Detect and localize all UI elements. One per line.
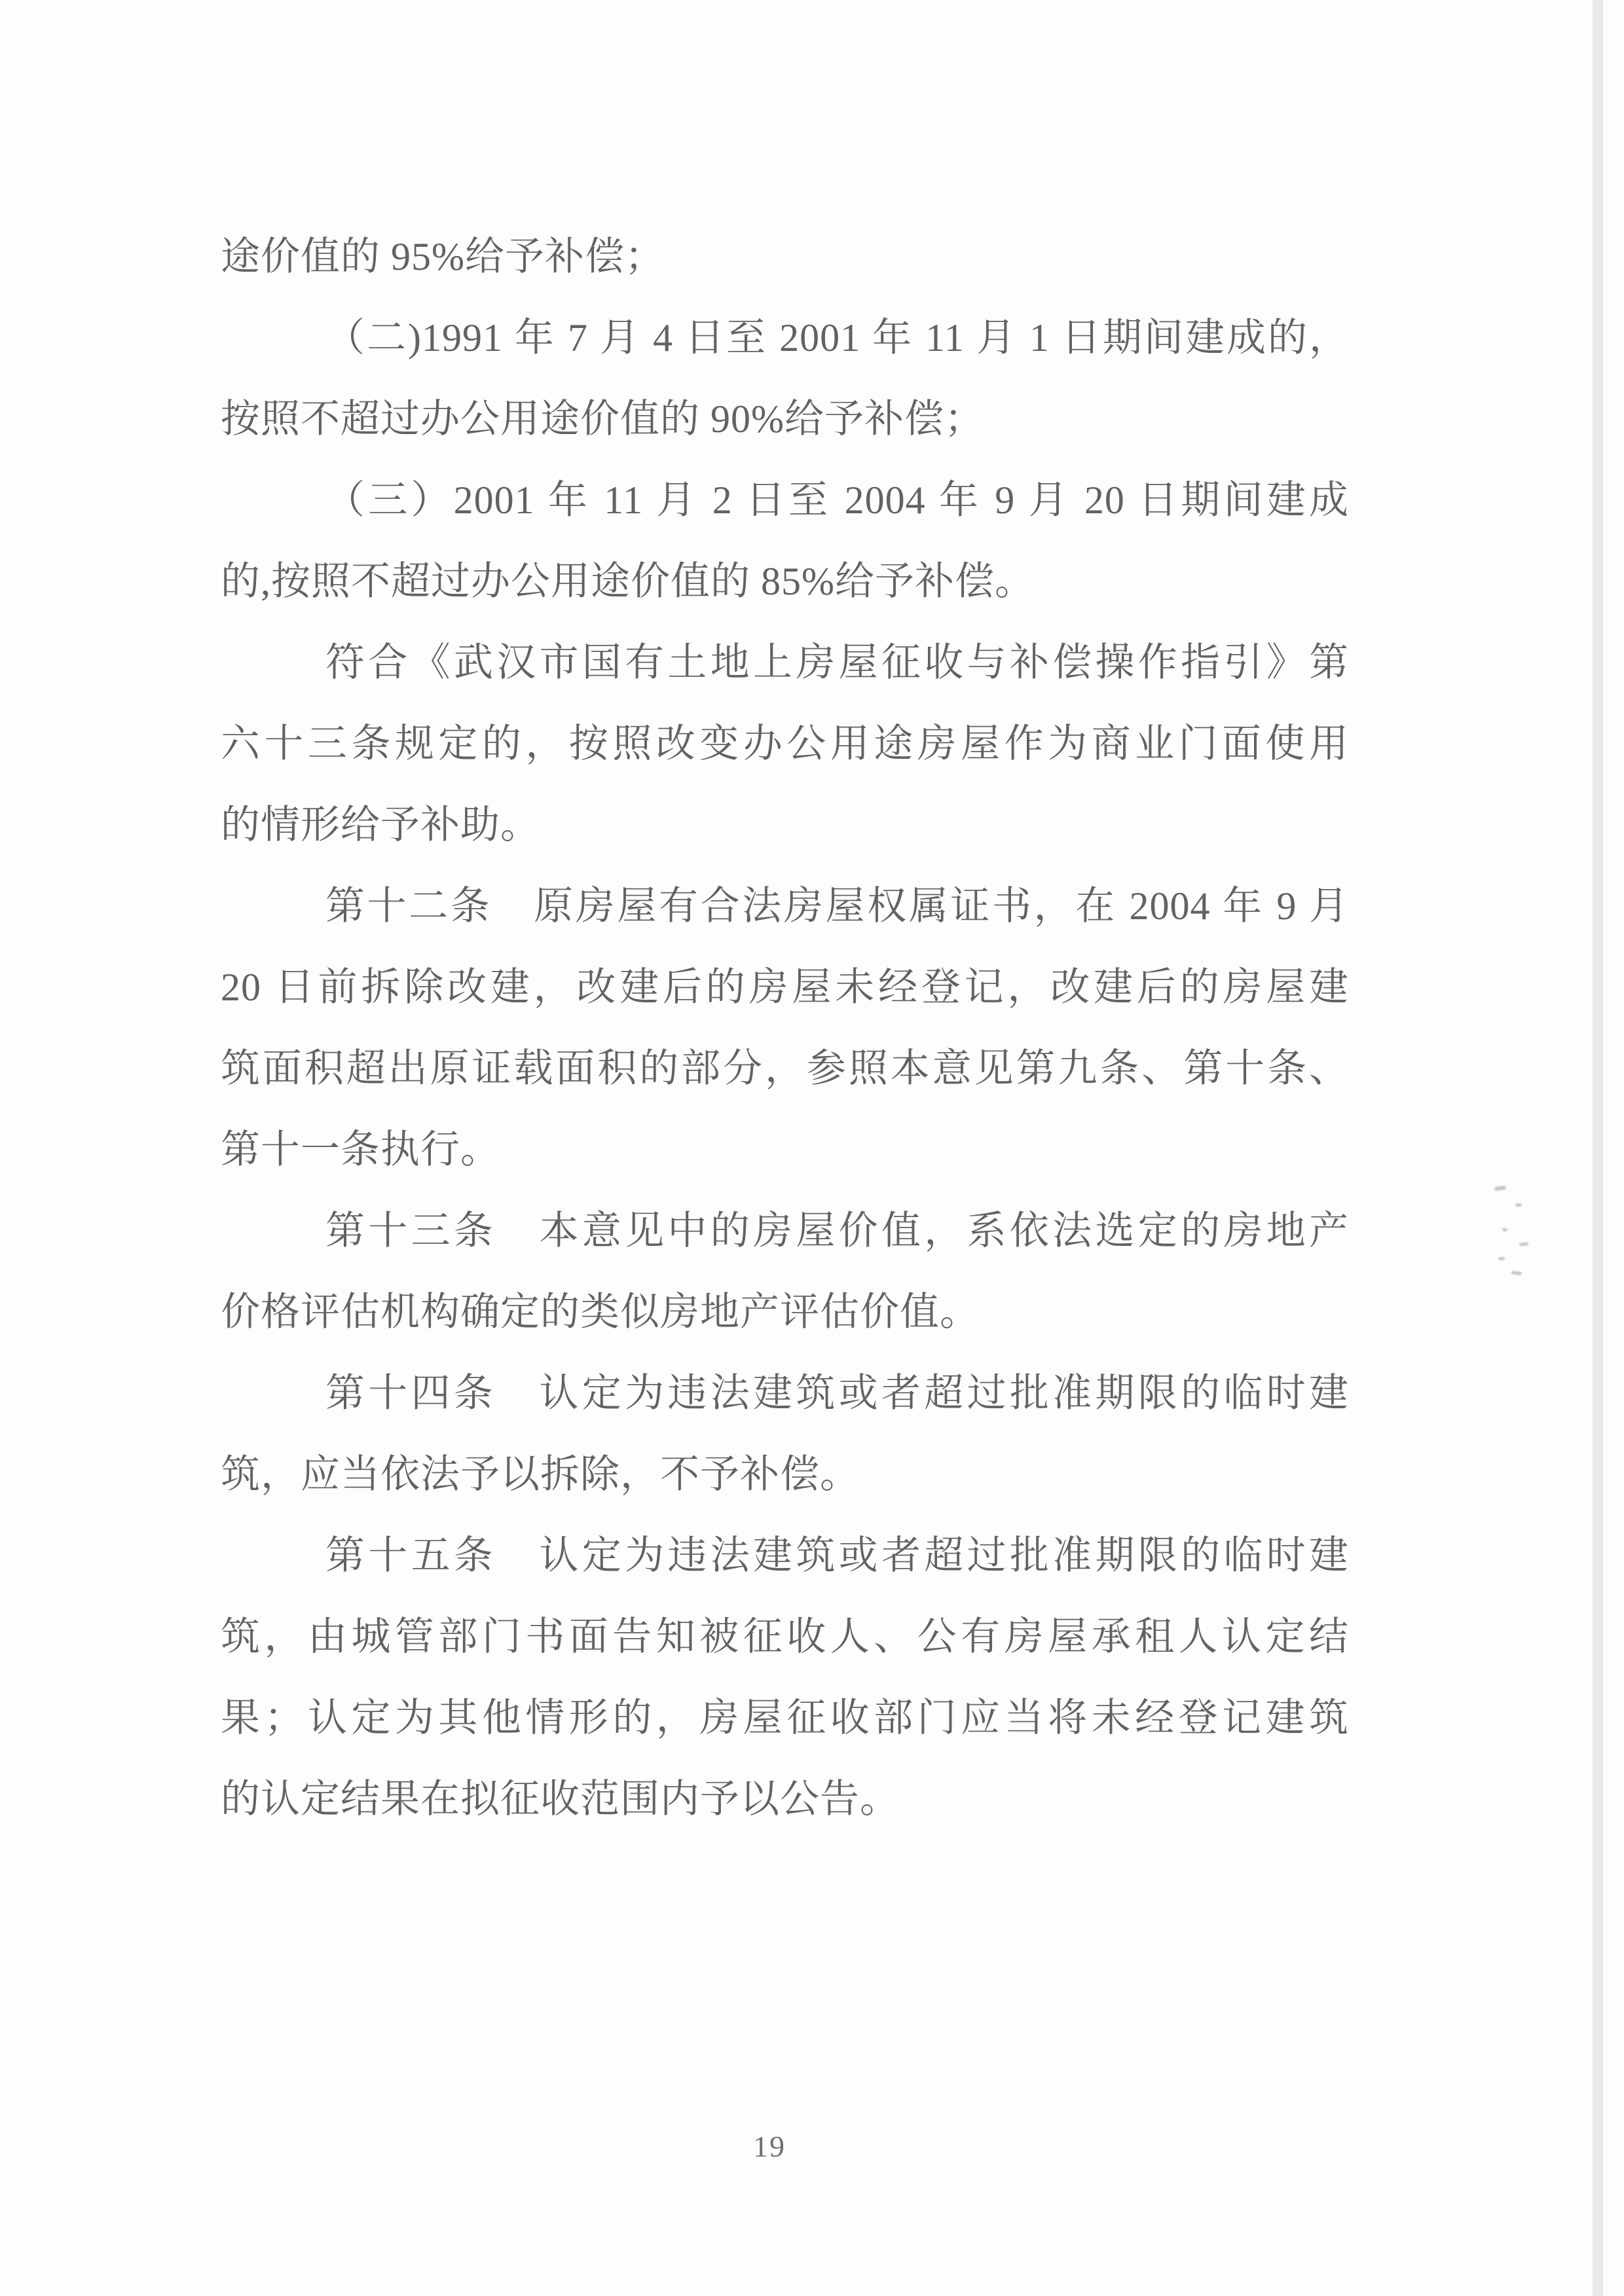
text-line: 20 日前拆除改建，改建后的房屋未经登记，改建后的房屋建 xyxy=(221,947,1349,1028)
text-line: 途价值的 95%给予补偿； xyxy=(221,216,1349,297)
document-page: { "page": { "number": "19" }, "colors": … xyxy=(0,0,1624,2296)
text-line: 第十四条 认定为违法建筑或者超过批准期限的临时建 xyxy=(221,1353,1349,1434)
text-line: 第十二条 原房屋有合法房屋权属证书，在 2004 年 9 月 xyxy=(221,866,1349,947)
text-line: 符合《武汉市国有土地上房屋征收与补偿操作指引》第 xyxy=(221,622,1349,703)
text-line: 按照不超过办公用途价值的 90%给予补偿； xyxy=(221,378,1349,460)
text-line: 价格评估机构确定的类似房地产评估价值。 xyxy=(221,1271,1349,1353)
text-line: 六十三条规定的，按照改变办公用途房屋作为商业门面使用 xyxy=(221,703,1349,784)
text-line: 第十五条 认定为违法建筑或者超过批准期限的临时建 xyxy=(221,1515,1349,1596)
page-number: 19 xyxy=(0,2129,1539,2164)
document-body: 途价值的 95%给予补偿；（二)1991 年 7 月 4 日至 2001 年 1… xyxy=(221,216,1349,1840)
scan-edge-artifact xyxy=(1593,0,1603,2296)
scan-smudge-cluster xyxy=(1460,1185,1552,1290)
text-line: 筑，应当依法予以拆除，不予补偿。 xyxy=(221,1434,1349,1515)
text-line: 果；认定为其他情形的，房屋征收部门应当将未经登记建筑 xyxy=(221,1677,1349,1758)
text-line: 筑，由城管部门书面告知被征收人、公有房屋承租人认定结 xyxy=(221,1596,1349,1677)
text-line: （二)1991 年 7 月 4 日至 2001 年 11 月 1 日期间建成的， xyxy=(221,297,1349,378)
text-line: （三）2001 年 11 月 2 日至 2004 年 9 月 20 日期间建成 xyxy=(221,460,1349,541)
text-line: 第十三条 本意见中的房屋价值，系依法选定的房地产 xyxy=(221,1190,1349,1271)
text-line: 筑面积超出原证载面积的部分，参照本意见第九条、第十条、 xyxy=(221,1028,1349,1109)
text-line: 的,按照不超过办公用途价值的 85%给予补偿。 xyxy=(221,541,1349,622)
text-line: 的情形给予补助。 xyxy=(221,784,1349,866)
text-line: 第十一条执行。 xyxy=(221,1109,1349,1190)
text-line: 的认定结果在拟征收范围内予以公告。 xyxy=(221,1758,1349,1840)
